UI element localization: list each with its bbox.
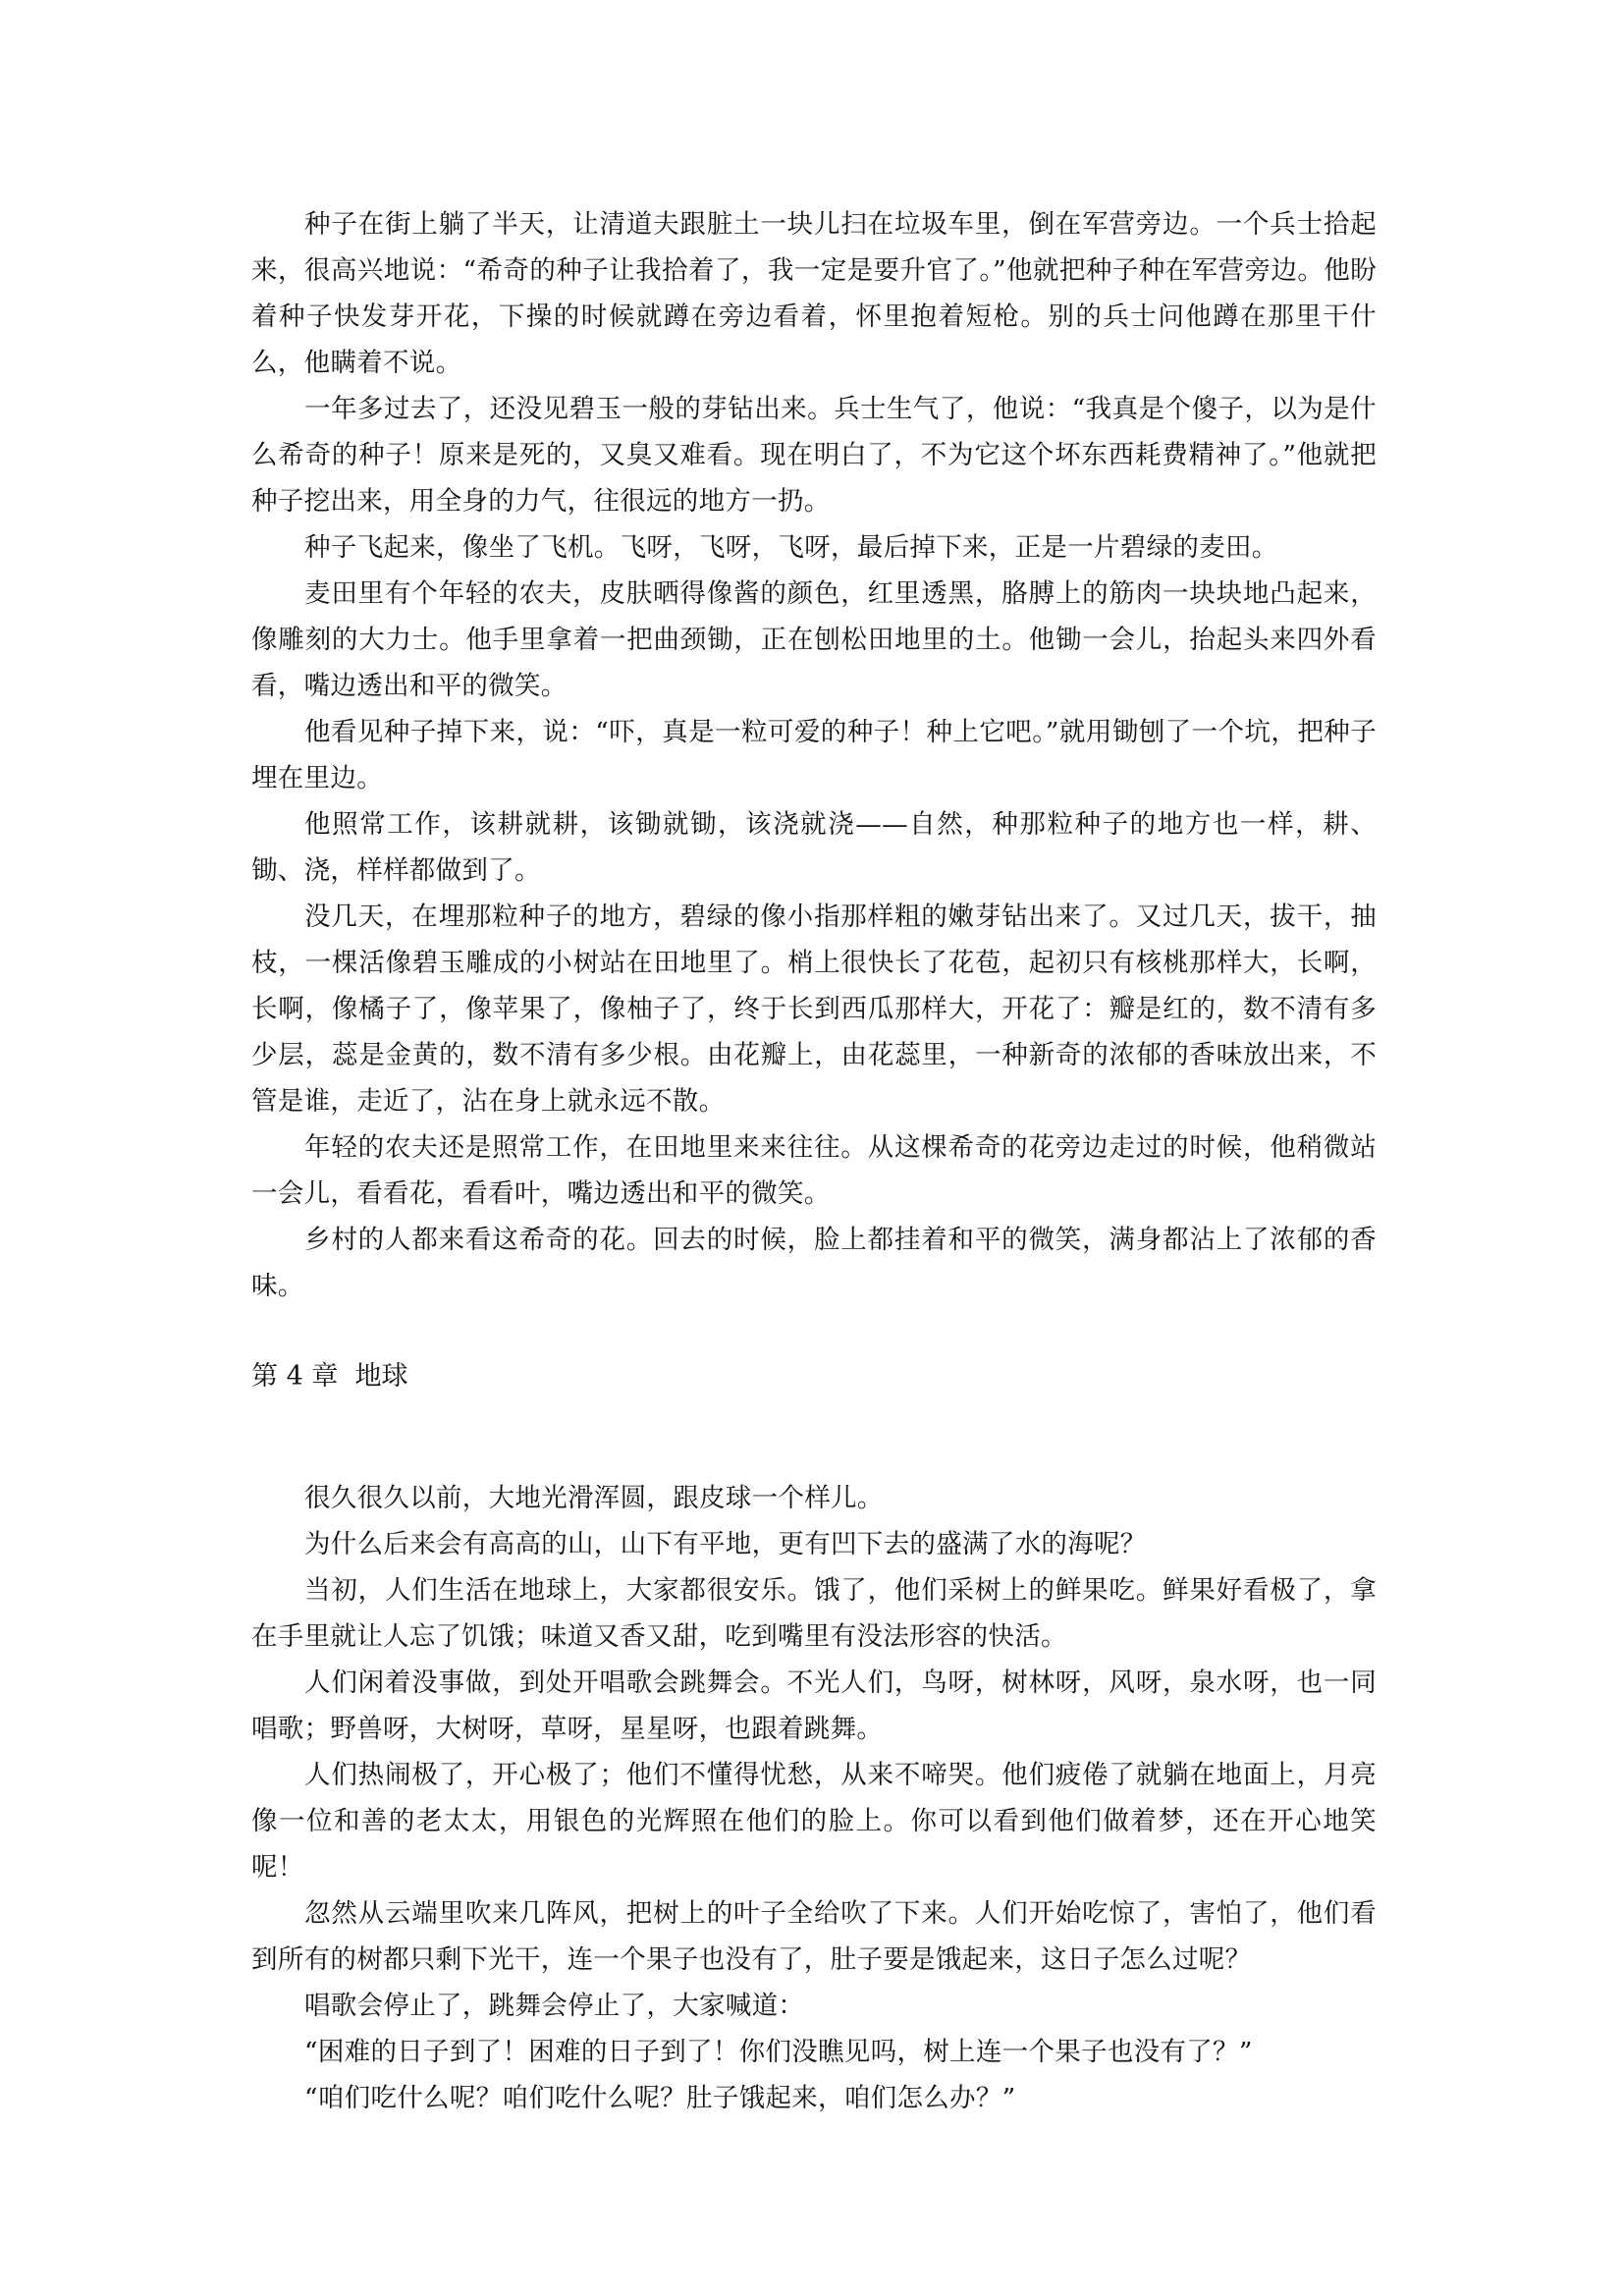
story-section-continued: 种子在街上躺了半天，让清道夫跟脏土一块儿扫在垃圾车里，倒在军营旁边。一个兵士拾起…: [251, 201, 1377, 1309]
paragraph: 没几天，在埋那粒种子的地方，碧绿的像小指那样粗的嫩芽钻出来了。又过几天，拔干，抽…: [251, 894, 1377, 1124]
chapter-heading: 第 4 章 地球: [251, 1353, 408, 1399]
paragraph: 唱歌会停止了，跳舞会停止了，大家喊道：: [251, 1983, 1377, 2029]
paragraph: 年轻的农夫还是照常工作，在田地里来来往往。从这棵希奇的花旁边走过的时候，他稍微站…: [251, 1124, 1377, 1217]
paragraph: 种子飞起来，像坐了飞机。飞呀，飞呀，飞呀，最后掉下来，正是一片碧绿的麦田。: [251, 524, 1377, 571]
paragraph: 当初，人们生活在地球上，大家都很安乐。饿了，他们采树上的鲜果吃。鲜果好看极了，拿…: [251, 1567, 1377, 1660]
chapter-body: 很久很久以前，大地光滑浑圆，跟皮球一个样儿。 为什么后来会有高高的山，山下有平地…: [251, 1475, 1377, 2121]
paragraph: 忽然从云端里吹来几阵风，把树上的叶子全给吹了下来。人们开始吃惊了，害怕了，他们看…: [251, 1890, 1377, 1983]
paragraph: 麦田里有个年轻的农夫，皮肤晒得像酱的颜色，红里透黑，胳膊上的筋肉一块块地凸起来，…: [251, 571, 1377, 709]
paragraph: 很久很久以前，大地光滑浑圆，跟皮球一个样儿。: [251, 1475, 1377, 1521]
paragraph: 他看见种子掉下来，说：“吓，真是一粒可爱的种子！种上它吧。”就用锄刨了一个坑，把…: [251, 709, 1377, 801]
paragraph: 他照常工作，该耕就耕，该锄就锄，该浇就浇——自然，种那粒种子的地方也一样，耕、锄…: [251, 801, 1377, 894]
paragraph: 一年多过去了，还没见碧玉一般的芽钻出来。兵士生气了，他说：“我真是个傻子，以为是…: [251, 386, 1377, 524]
paragraph: 人们热闹极了，开心极了；他们不懂得忧愁，从来不啼哭。他们疲倦了就躺在地面上，月亮…: [251, 1752, 1377, 1890]
quote-paragraph: “困难的日子到了！困难的日子到了！你们没瞧见吗，树上连一个果子也没有了？”: [251, 2029, 1377, 2075]
quote-paragraph: “咱们吃什么呢？咱们吃什么呢？肚子饿起来，咱们怎么办？”: [251, 2075, 1377, 2121]
paragraph: 为什么后来会有高高的山，山下有平地，更有凹下去的盛满了水的海呢？: [251, 1521, 1377, 1567]
paragraph: 人们闲着没事做，到处开唱歌会跳舞会。不光人们，鸟呀，树林呀，风呀，泉水呀，也一同…: [251, 1660, 1377, 1752]
paragraph: 种子在街上躺了半天，让清道夫跟脏土一块儿扫在垃圾车里，倒在军营旁边。一个兵士拾起…: [251, 201, 1377, 386]
paragraph: 乡村的人都来看这希奇的花。回去的时候，脸上都挂着和平的微笑，满身都沾上了浓郁的香…: [251, 1217, 1377, 1309]
